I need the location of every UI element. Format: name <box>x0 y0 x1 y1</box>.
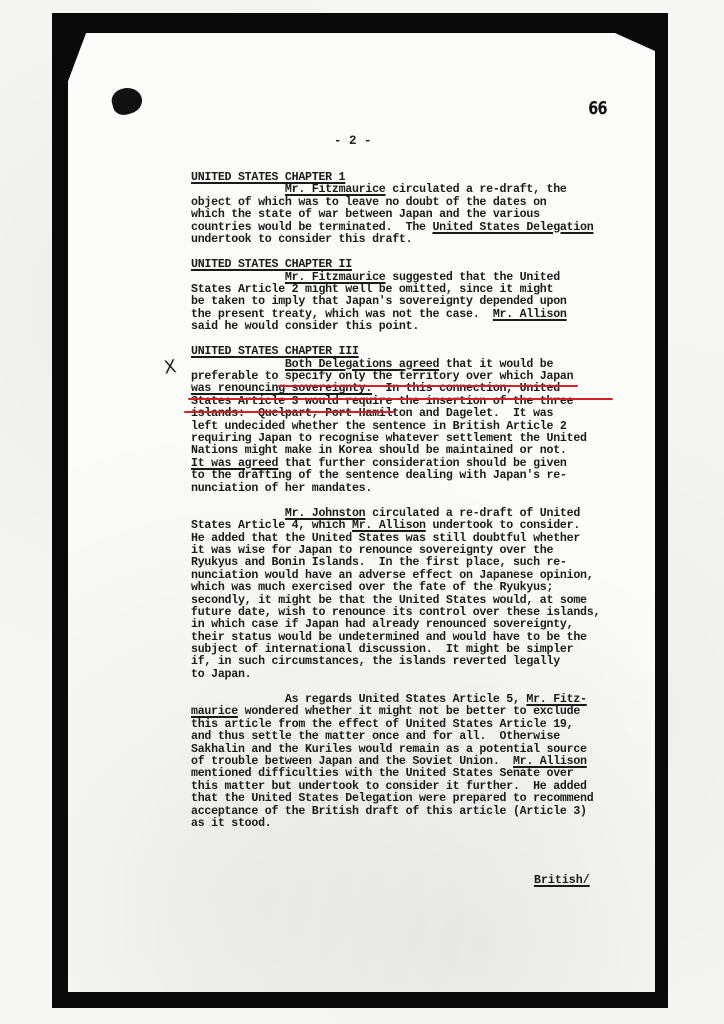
text-line: nunciation of her mandates. <box>191 483 651 495</box>
text-run: islands: Quelpart, Port Hamilton and Dag… <box>191 407 553 420</box>
catchword-text: British/ <box>534 874 590 887</box>
torn-corner-top-left-edge <box>68 33 86 81</box>
page-number: - 2 - <box>334 134 372 148</box>
text-run: circulated a re-draft of United <box>365 507 580 520</box>
text-run <box>191 507 285 520</box>
text-run: it was wise for Japan to renounce sovere… <box>191 544 553 557</box>
text-run <box>191 358 285 371</box>
text-line: to Japan. <box>191 669 651 681</box>
text-run: this article from the effect of United S… <box>191 718 573 731</box>
underlined-text: Mr. Allison <box>513 755 587 768</box>
text-run: that the United States Delegation were p… <box>191 792 593 805</box>
torn-corner-top-right <box>615 33 655 51</box>
text-run: wondered whether it might not be better … <box>238 705 580 718</box>
red-annotation-line-3 <box>184 411 394 413</box>
text-run: the present treaty, which was not the ca… <box>191 308 493 321</box>
text-run: nunciation of her mandates. <box>191 482 372 495</box>
text-run: He added that the United States was stil… <box>191 532 580 545</box>
text-run: mentioned difficulties with the United S… <box>191 767 573 780</box>
text-run: undertook to consider this draft. <box>191 233 412 246</box>
text-run: that it would be <box>439 358 553 371</box>
underlined-text: maurice <box>191 705 238 718</box>
underlined-text: Mr. Fitzmaurice <box>285 183 386 196</box>
text-run: to the drafting of the sentence dealing … <box>191 469 567 482</box>
text-run: secondly, it might be that the United St… <box>191 594 587 607</box>
underlined-text: Mr. Fitzmaurice <box>285 271 386 284</box>
underlined-text: Mr. Allison <box>352 519 426 532</box>
text-run: said he would consider this point. <box>191 320 419 333</box>
underlined-text: Both Delegations agreed <box>285 358 439 371</box>
text-run: left undecided whether the sentence in B… <box>191 420 567 433</box>
red-annotation-line-2 <box>188 398 613 400</box>
text-run: that further consideration should be giv… <box>278 457 566 470</box>
text-run: this matter but undertook to consider it… <box>191 780 587 793</box>
text-run: which the state of war between Japan and… <box>191 208 540 221</box>
text-run: requiring Japan to recognise whatever se… <box>191 432 587 445</box>
text-run: Nations might make in Korea should be ma… <box>191 444 567 457</box>
text-run: as it stood. <box>191 817 272 830</box>
text-run: to Japan. <box>191 668 251 681</box>
text-run: acceptance of the British draft of this … <box>191 805 587 818</box>
catchword: British/ <box>534 874 590 887</box>
text-run: suggested that the United <box>386 271 560 284</box>
text-run: nunciation would have an adverse effect … <box>191 569 593 582</box>
text-run: and thus settle the matter once and for … <box>191 730 560 743</box>
text-run: Sakhalin and the Kuriles would remain as… <box>191 743 587 756</box>
text-run: future date, wish to renounce its contro… <box>191 606 600 619</box>
text-run: countries would be terminated. The <box>191 221 432 234</box>
underlined-text: Mr. Fitz- <box>526 693 586 706</box>
text-run <box>191 183 285 196</box>
text-run: object of which was to leave no doubt of… <box>191 196 547 209</box>
text-run: of trouble between Japan and the Soviet … <box>191 755 513 768</box>
text-run: circulated a re-draft, the <box>386 183 567 196</box>
text-run: States Article 2 might well be omitted, … <box>191 283 553 296</box>
text-line: if, in such circumstances, the islands r… <box>191 656 651 668</box>
text-line: undertook to consider this draft. <box>191 234 651 246</box>
text-run: if, in such circumstances, the islands r… <box>191 655 560 668</box>
folio-stamp: 66 <box>588 98 606 119</box>
underlined-text: United States Delegation <box>432 221 593 234</box>
text-run: subject of international discussion. It … <box>191 643 573 656</box>
text-run: States Article 3 would require the inser… <box>191 395 573 408</box>
text-line: said he would consider this point. <box>191 321 651 333</box>
text-run: preferable to specify only the territory… <box>191 370 573 383</box>
text-run: undertook to consider. <box>426 519 580 532</box>
text-run: Ryukyus and Bonin Islands. In the first … <box>191 556 567 569</box>
text-run: their status would be undetermined and w… <box>191 631 587 644</box>
text-run <box>191 271 285 284</box>
text-run: in which case if Japan had already renou… <box>191 618 573 631</box>
red-annotation-line-1 <box>278 385 578 387</box>
document-body: UNITED STATES CHAPTER 1 Mr. Fitzmaurice … <box>191 172 651 830</box>
text-run: States Article 4, which <box>191 519 352 532</box>
text-line: as it stood. <box>191 818 651 830</box>
text-run: which was much exercised over the fate o… <box>191 581 553 594</box>
underlined-text: Mr. Johnston <box>285 507 366 520</box>
text-run: As regards United States Article 5, <box>191 693 526 706</box>
underlined-text: Mr. Allison <box>493 308 567 321</box>
underlined-text: It was agreed <box>191 457 278 470</box>
text-run: be taken to imply that Japan's sovereign… <box>191 295 567 308</box>
